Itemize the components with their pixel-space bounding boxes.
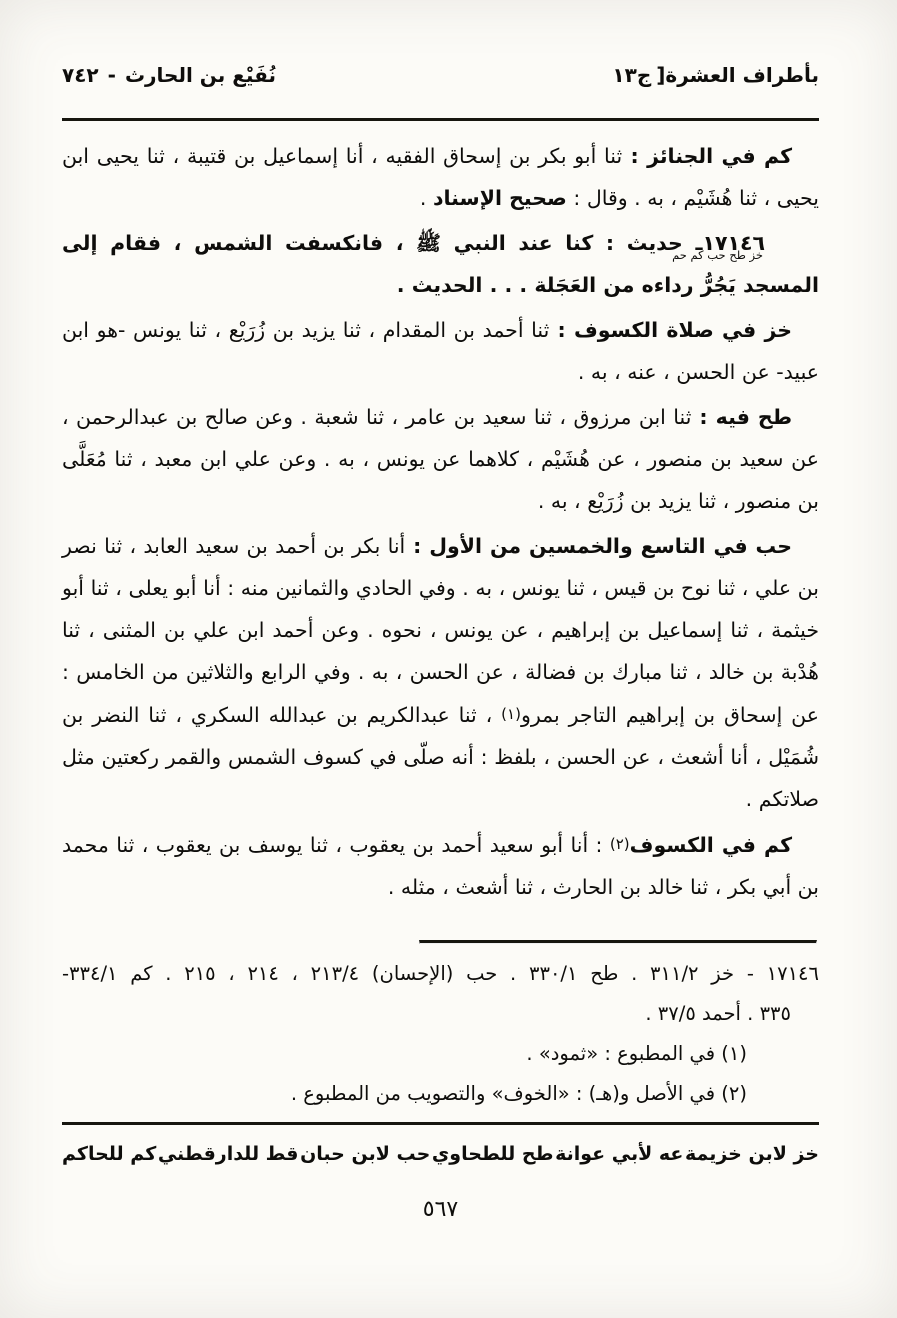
paragraph-tahawi: طح فيه : ثنا ابن مرزوق ، ثنا سعيد بن عام… [62, 396, 819, 522]
abbreviations-legend: خز لابن خزيمةعه لأبي عوانةطح للطحاويحب ل… [62, 1143, 819, 1165]
paragraph-khuzaymah-kusuf: خز في صلاة الكسوف : ثنا أحمد بن المقدام … [62, 309, 819, 393]
takhrij-line-2: ٣٣٥ . أحمد ٣٧/٥ . [62, 994, 819, 1034]
book-title-text: بأطراف العشرة [665, 63, 819, 87]
legend-item: حب لابن حبان [300, 1143, 430, 1165]
paragraphs-after-heading: خز في صلاة الكسوف : ثنا أحمد بن المقدام … [62, 309, 819, 908]
legend-item: كم للحاكم [62, 1143, 156, 1165]
text-segment: خز في صلاة الكسوف : [549, 318, 792, 342]
entry-separator: - [108, 58, 116, 92]
book-title: بأطراف العشرة]ج١٣ [612, 58, 819, 92]
paragraph-hakim-kusuf: كم في الكسوف(٢) : أنا أبو سعيد أحمد بن ي… [62, 823, 819, 908]
text-segment: كم في الكسوف [630, 833, 792, 857]
hadith-heading: ١٧١٤٦ـخز طح حب كم حم حديث : كنا عند النب… [62, 222, 819, 306]
footnote-separator [419, 940, 817, 944]
paragraphs-before-heading: كم في الجنائز : ثنا أبو بكر بن إسحاق الف… [62, 135, 819, 219]
footnote-1: (١) في المطبوع : «ثمود» . [62, 1034, 747, 1074]
page-number: ٥٦٧ [62, 1197, 819, 1222]
hadith-number-block: ١٧١٤٦ـخز طح حب كم حم [695, 222, 792, 264]
volume-label: ج١٣ [612, 63, 651, 87]
entry-header: ٧٤٢ - نُفَيْع بن الحارث [62, 58, 276, 92]
entry-number: ٧٤٢ [62, 58, 99, 92]
legend-item: طح للطحاوي [432, 1143, 554, 1165]
running-header: بأطراف العشرة]ج١٣ ٧٤٢ - نُفَيْع بن الحار… [62, 58, 819, 92]
footnote-2: (٢) في الأصل و(هـ) : «الخوف» والتصويب من… [62, 1074, 747, 1114]
legend-item: عه لأبي عوانة [555, 1143, 683, 1165]
entry-name: نُفَيْع بن الحارث [125, 58, 276, 92]
text-segment: أنا بكر بن أحمد بن سعيد العابد ، ثنا نصر… [62, 534, 819, 727]
legend-rule [62, 1122, 819, 1125]
text-segment: كم في الجنائز : [622, 144, 792, 168]
legend-item: قط للدارقطني [158, 1143, 299, 1165]
paragraph-ibn-hibban: حب في التاسع والخمسين من الأول : أنا بكر… [62, 525, 819, 820]
text-segment: حب في التاسع والخمسين من الأول : [405, 534, 792, 558]
footnotes-block: ١٧١٤٦ - خز ٣١١/٢ . طح ٣٣٠/١ . حب (الإحسا… [62, 954, 819, 1114]
text-segment: . [420, 186, 433, 210]
footnote-ref: (٢) [610, 835, 630, 853]
paragraph-hakim-janaiz: كم في الجنائز : ثنا أبو بكر بن إسحاق الف… [62, 135, 819, 219]
hadith-sources-note: خز طح حب كم حم [672, 249, 790, 261]
text-segment: صحيح الإسناد [433, 186, 567, 210]
legend-item: خز لابن خزيمة [685, 1143, 819, 1165]
text-segment: طح فيه : [691, 405, 792, 429]
page-content: بأطراف العشرة]ج١٣ ٧٤٢ - نُفَيْع بن الحار… [0, 0, 897, 1318]
header-rule [62, 118, 819, 121]
footnote-ref: (١) [501, 705, 521, 723]
book-page: بأطراف العشرة]ج١٣ ٧٤٢ - نُفَيْع بن الحار… [0, 0, 897, 1318]
hadith-body: كم في الجنائز : ثنا أبو بكر بن إسحاق الف… [62, 135, 819, 908]
takhrij-line-1: ١٧١٤٦ - خز ٣١١/٢ . طح ٣٣٠/١ . حب (الإحسا… [62, 954, 819, 994]
